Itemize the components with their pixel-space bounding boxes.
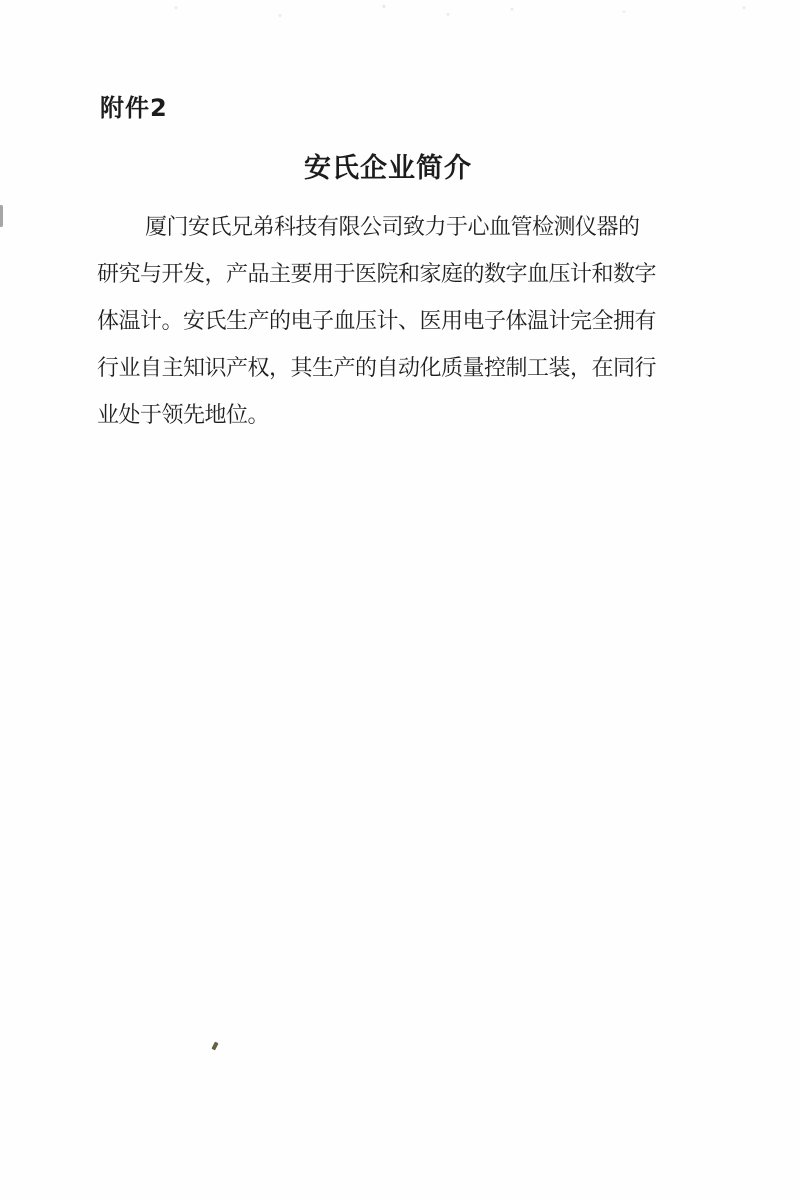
body-line-4: 行业自主知识产权，其生产的自动化质量控制工装，在同行	[97, 345, 677, 392]
scan-edge-mark	[0, 205, 3, 227]
body-paragraph: 厦门安氏兄弟科技有限公司致力于心血管检测仪器的 研究与开发，产品主要用于医院和家…	[97, 204, 677, 439]
scan-noise-artifact	[0, 0, 800, 26]
ink-speck-artifact	[211, 1042, 218, 1051]
body-line-2: 研究与开发，产品主要用于医院和家庭的数字血压计和数字	[97, 251, 677, 298]
body-line-3: 体温计。安氏生产的电子血压计、医用电子体温计完全拥有	[97, 298, 677, 345]
body-line-1: 厦门安氏兄弟科技有限公司致力于心血管检测仪器的	[97, 204, 677, 251]
document-title: 安氏企业简介	[0, 146, 788, 185]
body-line-5: 业处于领先地位。	[97, 392, 677, 439]
scanned-document-page: 附件2 安氏企业简介 厦门安氏兄弟科技有限公司致力于心血管检测仪器的 研究与开发…	[0, 0, 800, 1201]
attachment-label: 附件2	[100, 88, 168, 123]
